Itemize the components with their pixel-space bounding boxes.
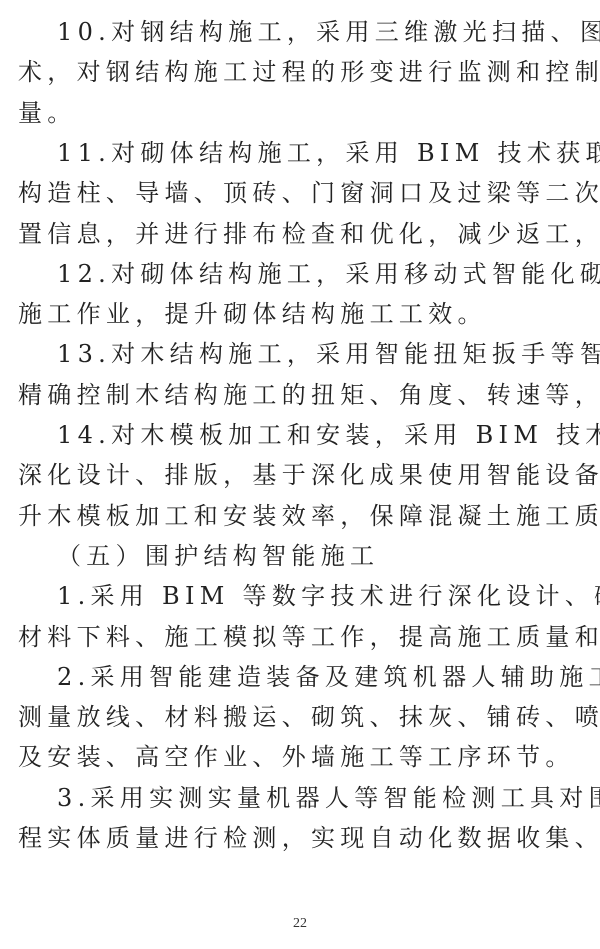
paragraph-line: 材料下料、施工模拟等工作，提高施工质量和效率。 xyxy=(18,617,588,657)
paragraph-line: 施工作业，提升砌体结构施工工效。 xyxy=(18,294,588,334)
paragraph-start-line: 3.采用实测实量机器人等智能检测工具对围护结构工 xyxy=(57,778,588,818)
paragraph-start-line: 11.对砌体结构施工，采用 BIM 技术获取砌块、圈梁、 xyxy=(57,133,588,173)
paragraph-start-line: 13.对木结构施工，采用智能扭矩扳手等智能化工具， xyxy=(57,334,588,374)
paragraph-line: 测量放线、材料搬运、砌筑、抹灰、铺砖、喷涂、构件运输 xyxy=(18,697,588,737)
paragraph-line: 置信息，并进行排布检查和优化，减少返工，缩短工期。 xyxy=(18,214,588,254)
paragraph-start-line: 1.采用 BIM 等数字技术进行深化设计、碰撞检查、排版、 xyxy=(57,576,588,616)
document-page: 10.对钢结构施工，采用三维激光扫描、图像处理等技术，对钢结构施工过程的形变进行… xyxy=(0,0,600,949)
paragraph-line: 精确控制木结构施工的扭矩、角度、转速等，保证工程质量。 xyxy=(18,375,588,415)
paragraph-line: 升木模板加工和安装效率，保障混凝土施工质量。 xyxy=(18,496,588,536)
paragraph-start-line: 10.对钢结构施工，采用三维激光扫描、图像处理等技 xyxy=(57,12,588,52)
paragraph-start-line: 12.对砌体结构施工，采用移动式智能化砌筑装备辅助 xyxy=(57,254,588,294)
paragraph-line: 程实体质量进行检测，实现自动化数据收集、分析及安全风 xyxy=(18,818,588,858)
paragraph-start-line: 14.对木模板加工和安装，采用 BIM 技术对木模板进行 xyxy=(57,415,588,455)
paragraph-line: 及安装、高空作业、外墙施工等工序环节。 xyxy=(18,737,588,777)
paragraph-line: 术，对钢结构施工过程的形变进行监测和控制，保障施工质 xyxy=(18,52,588,92)
page-number: 22 xyxy=(0,916,600,932)
paragraph-line: 构造柱、导墙、顶砖、门窗洞口及过梁等二次结构的空间位 xyxy=(18,173,588,213)
paragraph-line: 深化设计、排版，基于深化成果使用智能设备自动加工，提 xyxy=(18,455,588,495)
paragraph-line: 量。 xyxy=(18,93,588,133)
paragraph-start-line: 2.采用智能建造装备及建筑机器人辅助施工作业，包括 xyxy=(57,657,588,697)
paragraph-start-line: （五）围护结构智能施工 xyxy=(57,536,588,576)
